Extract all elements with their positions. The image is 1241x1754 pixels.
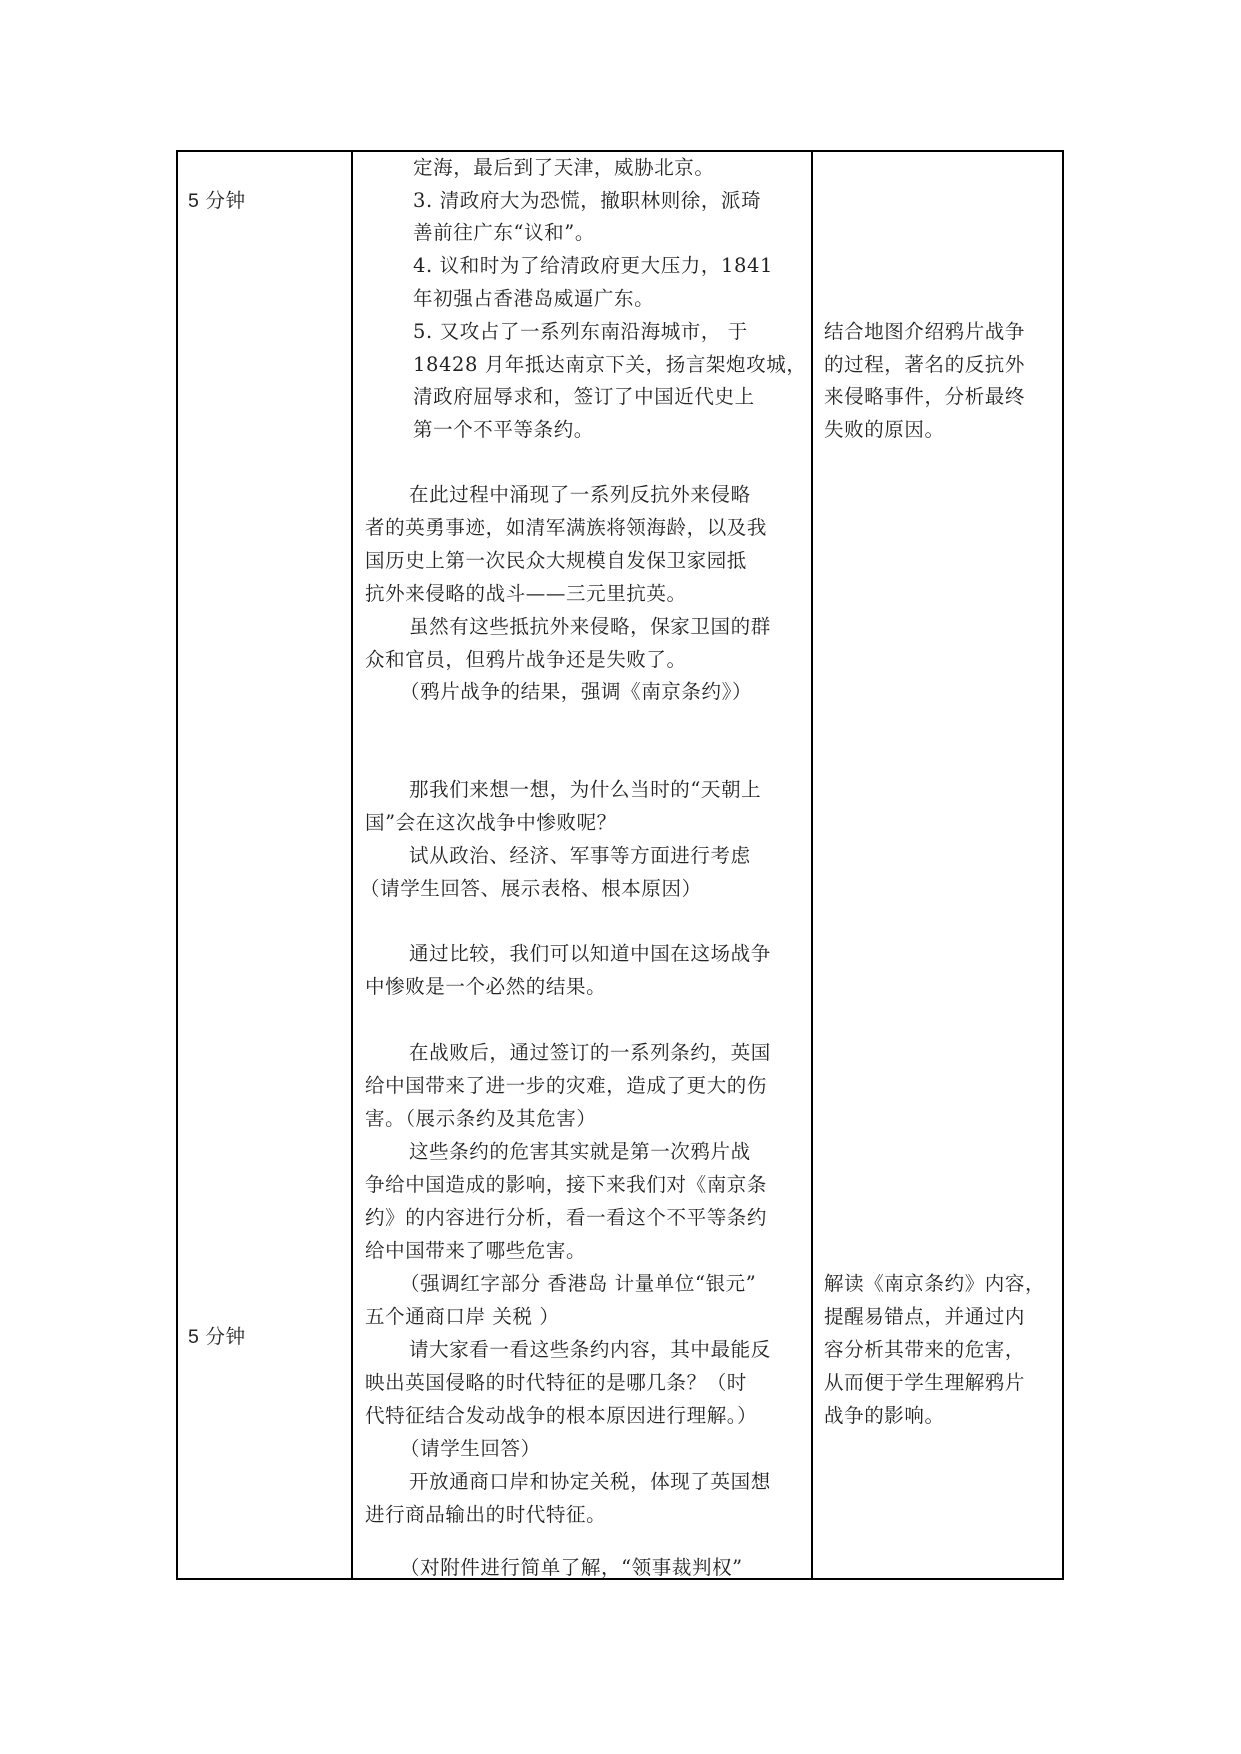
content-line: 那我们来想一想，为什么当时的“天朝上	[409, 778, 761, 802]
content-line: 虽然有这些抵抗外来侵略，保家卫国的群	[409, 615, 771, 639]
content-line: 者的英勇事迹，如清军满族将领海龄，以及我	[365, 516, 767, 540]
time-cell: 5 分钟	[188, 189, 246, 213]
design-intent-line: 解读《南京条约》内容，	[824, 1272, 1045, 1296]
design-intent-line: 容分析其带来的危害，	[824, 1338, 1025, 1362]
content-line: 在此过程中涌现了一系列反抗外来侵略	[409, 483, 751, 507]
content-line: 18428 月年抵达南京下关，扬言架炮攻城，	[413, 353, 806, 377]
content-line: 定海，最后到了天津，威胁北京。	[413, 156, 715, 180]
content-line: 进行商品输出的时代特征。	[365, 1503, 606, 1527]
content-line: 国历史上第一次民众大规模自发保卫家园抵	[365, 549, 747, 573]
content-line: （对附件进行简单了解，“领事裁判权”	[400, 1556, 743, 1580]
design-intent-line: 从而便于学生理解鸦片	[824, 1371, 1025, 1395]
content-line: 给中国带来了进一步的灾难，造成了更大的伤	[365, 1074, 767, 1098]
content-line: 这些条约的危害其实就是第一次鸦片战	[409, 1140, 751, 1164]
content-line: （请学生回答、展示表格、根本原因）	[360, 877, 702, 901]
content-line: 试从政治、经济、军事等方面进行考虑	[409, 844, 751, 868]
content-line: （鸦片战争的结果，强调《南京条约》）	[400, 680, 752, 704]
design-intent-line: 的过程，著名的反抗外	[824, 353, 1025, 377]
content-line: 年初强占香港岛威逼广东。	[413, 287, 654, 311]
content-line: 4. 议和时为了给清政府更大压力，1841	[413, 254, 773, 278]
content-line: 代特征结合发动战争的根本原因进行理解。）	[365, 1404, 757, 1428]
content-line: 3. 清政府大为恐慌，撤职林则徐，派琦	[413, 189, 761, 213]
content-line: 第一个不平等条约。	[413, 418, 594, 442]
content-line: 清政府屈辱求和，签订了中国近代史上	[413, 385, 755, 409]
content-line: 约》的内容进行分析，看一看这个不平等条约	[365, 1206, 767, 1230]
content-line: （请学生回答）	[400, 1437, 541, 1461]
content-line: 在战败后，通过签订的一系列条约，英国	[409, 1041, 771, 1065]
design-intent-line: 结合地图介绍鸦片战争	[824, 320, 1025, 344]
design-intent-line: 来侵略事件，分析最终	[824, 385, 1025, 409]
design-intent-line: 提醒易错点，并通过内	[824, 1305, 1025, 1329]
content-line: 通过比较，我们可以知道中国在这场战争	[409, 942, 771, 966]
content-line: （强调红字部分 香港岛 计量单位“银元”	[400, 1272, 756, 1296]
design-intent-line: 战争的影响。	[824, 1404, 945, 1428]
content-line: 众和官员，但鸦片战争还是失败了。	[365, 648, 687, 672]
content-line: 争给中国造成的影响，接下来我们对《南京条	[365, 1173, 767, 1197]
content-line: 善前往广东“议和”。	[413, 221, 595, 245]
content-line: 5. 又攻占了一系列东南沿海城市， 于	[413, 320, 748, 344]
design-intent-line: 失败的原因。	[824, 418, 945, 442]
content-line: 害。（展示条约及其危害）	[365, 1107, 596, 1131]
content-line: 国”会在这次战争中惨败呢？	[365, 811, 617, 835]
content-line: 中惨败是一个必然的结果。	[365, 975, 606, 999]
time-cell: 5 分钟	[188, 1325, 246, 1349]
column-divider-1	[351, 150, 353, 1580]
content-line: 给中国带来了哪些危害。	[365, 1239, 586, 1263]
content-line: 五个通商口岸 关税 ）	[365, 1305, 560, 1329]
column-divider-2	[811, 150, 813, 1580]
content-line: 映出英国侵略的时代特征的是哪几条？（时	[365, 1371, 747, 1395]
content-line: 抗外来侵略的战斗——三元里抗英。	[365, 582, 687, 606]
content-line: 开放通商口岸和协定关税，体现了英国想	[409, 1470, 771, 1494]
content-line: 请大家看一看这些条约内容，其中最能反	[409, 1338, 771, 1362]
document-page: 5 分钟 定海，最后到了天津，威胁北京。 3. 清政府大为恐慌，撤职林则徐，派琦…	[0, 0, 1241, 1754]
